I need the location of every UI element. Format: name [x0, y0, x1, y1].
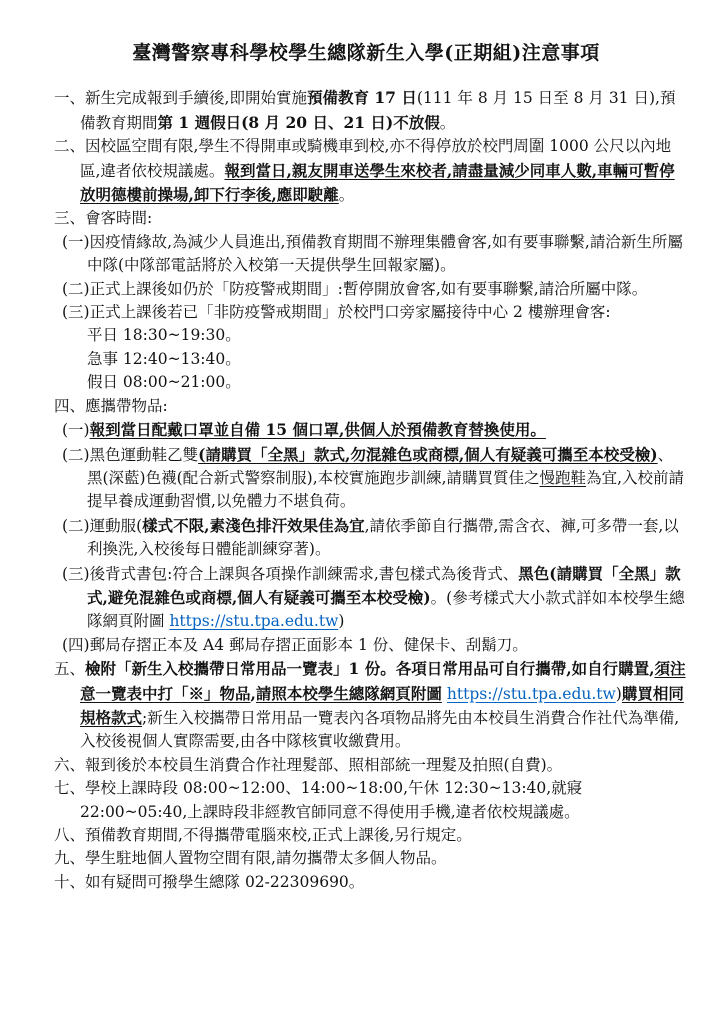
- sub-item-content: 正式上課後如仍於「防疫警戒期間」:暫停開放會客,如有要事聯繫,請洽所屬中隊。: [90, 280, 648, 298]
- sub-item-number-label: (二): [62, 517, 90, 535]
- notice-item-text: 八、預備教育期間,不得攜帶電腦來校,正式上課後,另行規定。: [54, 824, 686, 847]
- sub-items: (一)因疫情緣故,為減少人員進出,預備教育期間不辦理集體會客,如有要事聯繫,請洽…: [54, 231, 686, 395]
- item-number-label: 五、: [54, 660, 85, 678]
- notice-item-text: 六、報到後於本校員生消費合作社理髮部、照相部統一理髮及拍照(自費)。: [54, 754, 686, 777]
- visiting-hours-line: 假日 08:00~21:00。: [87, 371, 686, 394]
- sub-item-text: (二)正式上課後如仍於「防疫警戒期間」:暫停開放會客,如有要事聯繫,請洽所屬中隊…: [62, 278, 686, 301]
- text-segment: 報到後於本校員生消費合作社理髮部、照相部統一理髮及拍照(自費)。: [85, 756, 562, 774]
- text-segment: 第 1 週假日(8 月 20 日、21 日)不放假: [158, 113, 440, 132]
- sub-item-content: 郵局存摺正本及 A4 郵局存摺正面影本 1 份、健保卡、刮鬍刀。: [90, 636, 528, 654]
- notice-item: 七、學校上課時段 08:00~12:00、14:00~18:00,午休 12:3…: [54, 777, 686, 824]
- item-number-label: 九、: [54, 849, 85, 867]
- sub-item-content: 運動服(樣式不限,素淺色排汗效果佳為宜,請依季節自行攜帶,需含衣、褲,可多帶一套…: [87, 517, 679, 558]
- notice-item: 三、會客時間: (一)因疫情緣故,為減少人員進出,預備教育期間不辦理集體會客,如…: [54, 207, 686, 394]
- notice-item-text: 九、學生駐地個人置物空間有限,請勿攜帶太多個人物品。: [54, 847, 686, 870]
- hyperlink[interactable]: https://stu.tpa.edu.tw: [169, 612, 338, 630]
- sub-item-number-label: (二): [62, 280, 90, 298]
- notice-item-text: 七、學校上課時段 08:00~12:00、14:00~18:00,午休 12:3…: [54, 777, 686, 824]
- notice-item: 八、預備教育期間,不得攜帶電腦來校,正式上課後,另行規定。: [54, 824, 686, 847]
- notice-item-text: 一、新生完成報到手續後,即開始實施預備教育 17 日(111 年 8 月 15 …: [54, 86, 686, 135]
- sub-items: (一)報到當日配戴口罩並自備 15 個口罩,供個人於預備教育替換使用。 (二)黑…: [54, 418, 686, 657]
- text-segment: 因疫情緣故,為減少人員進出,預備教育期間不辦理集體會客,如有要事聯繫,請洽新生所…: [87, 233, 683, 274]
- notice-sub-item: (二)黑色運動鞋乙雙(請購買「全黑」款式,勿混雜色或商標,個人有疑義可攜至本校受…: [62, 443, 686, 514]
- item-content: 報到後於本校員生消費合作社理髮部、照相部統一理髮及拍照(自費)。: [85, 756, 562, 774]
- text-segment: 學生駐地個人置物空間有限,請勿攜帶太多個人物品。: [85, 849, 446, 867]
- item-number-label: 三、: [54, 209, 85, 227]
- item-content: 因校區空間有限,學生不得開車或騎機車到校,亦不得停放於校門周圍 1000 公尺以…: [80, 137, 675, 204]
- text-segment: ): [338, 612, 344, 630]
- item-content: 應攜帶物品:: [85, 397, 168, 415]
- sub-item-number-label: (一): [62, 421, 90, 439]
- notice-sub-item: (三)正式上課後若已「非防疫警戒期間」於校門口旁家屬接待中心 2 樓辦理會客: …: [62, 301, 686, 395]
- text-segment: 報到當日配戴口罩並自備 15 個口罩,供個人於預備教育替換使用。: [90, 420, 546, 439]
- item-content: 如有疑問可撥學生總隊 02-22309690。: [85, 873, 364, 891]
- notice-sub-item: (二)正式上課後如仍於「防疫警戒期間」:暫停開放會客,如有要事聯繫,請洽所屬中隊…: [62, 278, 686, 301]
- item-content: 檢附「新生入校攜帶日常用品一覽表」1 份。各項日常用品可自行攜帶,如自行購置,須…: [80, 660, 686, 750]
- text-segment: 郵局存摺正本及 A4 郵局存摺正面影本 1 份、健保卡、刮鬍刀。: [90, 636, 528, 654]
- item-number-label: 二、: [54, 137, 85, 155]
- visiting-hours-line: 平日 18:30~19:30。: [87, 324, 686, 347]
- text-segment: 樣式不限,素淺色排汗效果佳為宜: [142, 516, 364, 535]
- text-segment: ;新生入校攜帶日常用品一覽表內各項物品將先由本校員生消費合作社代為準備,入校後視…: [80, 709, 679, 750]
- notice-item: 十、如有疑問可撥學生總隊 02-22309690。: [54, 871, 686, 894]
- notice-item: 四、應攜帶物品: (一)報到當日配戴口罩並自備 15 個口罩,供個人於預備教育替…: [54, 395, 686, 657]
- sub-item-number-label: (三): [62, 565, 90, 583]
- page-title: 臺灣警察專科學校學生總隊新生入學(正期組)注意事項: [46, 42, 686, 65]
- sub-item-number-label: (四): [62, 636, 90, 654]
- notice-item: 一、新生完成報到手續後,即開始實施預備教育 17 日(111 年 8 月 15 …: [54, 86, 686, 135]
- text-segment: (請購買「全黑」款式,勿混雜色或商標,個人有疑義可攜至本校受檢): [198, 445, 657, 464]
- sub-item-text: (二)黑色運動鞋乙雙(請購買「全黑」款式,勿混雜色或商標,個人有疑義可攜至本校受…: [62, 443, 686, 514]
- notice-sub-item: (四)郵局存摺正本及 A4 郵局存摺正面影本 1 份、健保卡、刮鬍刀。: [62, 634, 686, 657]
- text-segment: 應攜帶物品:: [85, 397, 168, 415]
- item-number-label: 八、: [54, 826, 85, 844]
- item-content: 學生駐地個人置物空間有限,請勿攜帶太多個人物品。: [85, 849, 446, 867]
- notice-sub-item: (三)後背式書包:符合上課與各項操作訓練需求,書包樣式為後背式、黑色(請購買「全…: [62, 562, 686, 634]
- schedule-lines: 平日 18:30~19:30。急事 12:40~13:40。假日 08:00~2…: [62, 324, 686, 394]
- text-segment: 黑色運動鞋乙雙: [90, 446, 199, 464]
- notice-items-list: 一、新生完成報到手續後,即開始實施預備教育 17 日(111 年 8 月 15 …: [54, 86, 686, 894]
- sub-item-text: (三)後背式書包:符合上課與各項操作訓練需求,書包樣式為後背式、黑色(請購買「全…: [62, 562, 686, 634]
- sub-item-number-label: (一): [62, 233, 90, 251]
- item-content: 預備教育期間,不得攜帶電腦來校,正式上課後,另行規定。: [85, 826, 472, 844]
- notice-sub-item: (二)運動服(樣式不限,素淺色排汗效果佳為宜,請依季節自行攜帶,需含衣、褲,可多…: [62, 514, 686, 562]
- notice-sub-item: (一)因疫情緣故,為減少人員進出,預備教育期間不辦理集體會客,如有要事聯繫,請洽…: [62, 231, 686, 278]
- notice-item-text: 二、因校區空間有限,學生不得開車或騎機車到校,亦不得停放於校門周圍 1000 公…: [54, 135, 686, 207]
- sub-item-content: 因疫情緣故,為減少人員進出,預備教育期間不辦理集體會客,如有要事聯繫,請洽新生所…: [87, 233, 683, 274]
- sub-item-number-label: (三): [62, 303, 90, 321]
- text-segment: 。: [339, 186, 355, 204]
- sub-item-content: 報到當日配戴口罩並自備 15 個口罩,供個人於預備教育替換使用。: [90, 421, 546, 439]
- text-segment: 學校上課時段 08:00~12:00、14:00~18:00,午休 12:30~…: [80, 779, 582, 820]
- text-segment: 正式上課後若已「非防疫警戒期間」於校門口旁家屬接待中心 2 樓辦理會客:: [90, 303, 611, 321]
- text-segment: 檢附「新生入校攜帶日常用品一覽表」1 份。各項日常用品可自行攜帶,如自行購置,: [85, 659, 654, 678]
- document-page: 臺灣警察專科學校學生總隊新生入學(正期組)注意事項 一、新生完成報到手續後,即開…: [0, 0, 724, 1024]
- item-number-label: 七、: [54, 779, 85, 797]
- text-segment: 。: [440, 114, 456, 132]
- notice-item: 六、報到後於本校員生消費合作社理髮部、照相部統一理髮及拍照(自費)。: [54, 754, 686, 777]
- item-number-label: 六、: [54, 756, 85, 774]
- item-number-label: 一、: [54, 89, 85, 107]
- text-segment: 後背式書包:符合上課與各項操作訓練需求,書包樣式為後背式、: [90, 565, 519, 583]
- text-segment: 慢跑鞋: [540, 469, 587, 487]
- hyperlink[interactable]: https://stu.tpa.edu.tw: [447, 685, 616, 703]
- item-content: 學校上課時段 08:00~12:00、14:00~18:00,午休 12:30~…: [80, 779, 582, 820]
- sub-item-content: 正式上課後若已「非防疫警戒期間」於校門口旁家屬接待中心 2 樓辦理會客:: [90, 303, 611, 321]
- sub-item-text: (一)報到當日配戴口罩並自備 15 個口罩,供個人於預備教育替換使用。: [62, 418, 686, 442]
- visiting-hours-line: 急事 12:40~13:40。: [87, 348, 686, 371]
- notice-item-text: 三、會客時間:: [54, 207, 686, 230]
- text-segment: 請照本校學生總隊網頁附圖: [256, 684, 442, 703]
- sub-item-text: (四)郵局存摺正本及 A4 郵局存摺正面影本 1 份、健保卡、刮鬍刀。: [62, 634, 686, 657]
- sub-item-text: (一)因疫情緣故,為減少人員進出,預備教育期間不辦理集體會客,如有要事聯繫,請洽…: [62, 231, 686, 278]
- sub-item-number-label: (二): [62, 446, 90, 464]
- text-segment: 正式上課後如仍於「防疫警戒期間」:暫停開放會客,如有要事聯繫,請洽所屬中隊。: [90, 280, 648, 298]
- notice-item: 九、學生駐地個人置物空間有限,請勿攜帶太多個人物品。: [54, 847, 686, 870]
- text-segment: 新生完成報到手續後,即開始實施: [85, 89, 307, 107]
- notice-item: 二、因校區空間有限,學生不得開車或騎機車到校,亦不得停放於校門周圍 1000 公…: [54, 135, 686, 207]
- text-segment: 如有疑問可撥學生總隊 02-22309690。: [85, 873, 364, 891]
- item-number-label: 十、: [54, 873, 85, 891]
- text-segment: 會客時間:: [85, 209, 152, 227]
- text-segment: 預備教育期間,不得攜帶電腦來校,正式上課後,另行規定。: [85, 826, 472, 844]
- sub-item-text: (二)運動服(樣式不限,素淺色排汗效果佳為宜,請依季節自行攜帶,需含衣、褲,可多…: [62, 514, 686, 562]
- notice-sub-item: (一)報到當日配戴口罩並自備 15 個口罩,供個人於預備教育替換使用。: [62, 418, 686, 442]
- notice-item: 五、檢附「新生入校攜帶日常用品一覽表」1 份。各項日常用品可自行攜帶,如自行購置…: [54, 657, 686, 754]
- item-content: 會客時間:: [85, 209, 152, 227]
- sub-item-content: 黑色運動鞋乙雙(請購買「全黑」款式,勿混雜色或商標,個人有疑義可攜至本校受檢)、…: [87, 446, 684, 511]
- item-content: 新生完成報到手續後,即開始實施預備教育 17 日(111 年 8 月 15 日至…: [80, 89, 675, 131]
- sub-item-content: 後背式書包:符合上課與各項操作訓練需求,書包樣式為後背式、黑色(請購買「全黑」款…: [87, 565, 685, 631]
- notice-item-text: 五、檢附「新生入校攜帶日常用品一覽表」1 份。各項日常用品可自行攜帶,如自行購置…: [54, 657, 686, 754]
- notice-item-text: 四、應攜帶物品:: [54, 395, 686, 418]
- notice-item-text: 十、如有疑問可撥學生總隊 02-22309690。: [54, 871, 686, 894]
- text-segment: 運動服(: [90, 517, 143, 535]
- item-number-label: 四、: [54, 397, 85, 415]
- sub-item-text: (三)正式上課後若已「非防疫警戒期間」於校門口旁家屬接待中心 2 樓辦理會客:: [62, 301, 686, 324]
- text-segment: 預備教育 17 日: [307, 88, 417, 107]
